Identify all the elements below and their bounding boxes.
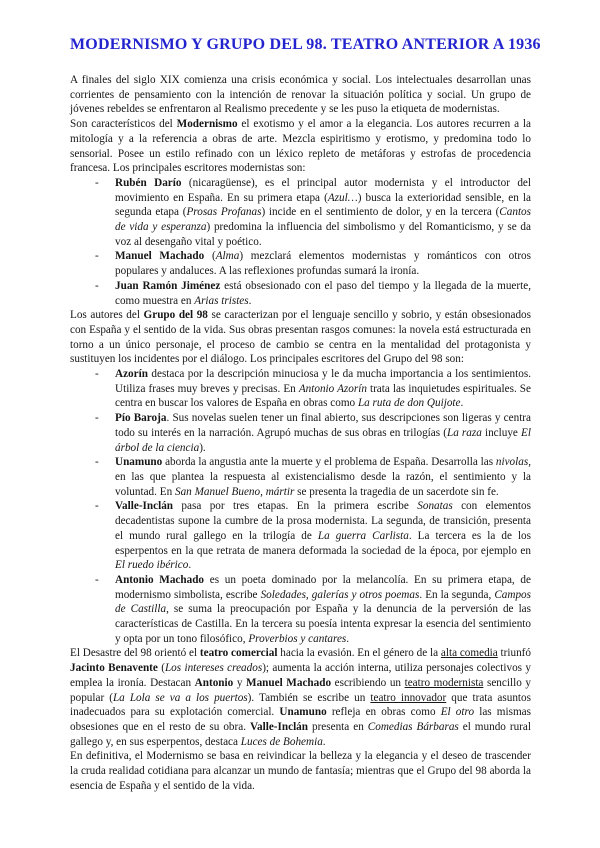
list-item: -Rubén Darío (nicaragüense), es el princ…: [70, 176, 531, 250]
text-run: teatro innovador: [370, 692, 446, 704]
list-item-text: Manuel Machado (Alma) mezclará elementos…: [115, 249, 531, 278]
text-run: Modernismo: [177, 118, 238, 130]
text-run: Manuel Machado: [115, 250, 204, 262]
text-run: Antonio Azorín: [299, 383, 367, 395]
text-run: Antonio Machado: [115, 574, 204, 586]
list-item-text: Pío Baroja. Sus novelas suelen tener un …: [115, 411, 531, 455]
text-run: En definitiva, el Modernismo se basa en …: [70, 750, 531, 791]
text-run: .: [249, 295, 252, 307]
text-run: El ruedo ibérico: [115, 559, 188, 571]
text-run: Grupo del 98: [144, 309, 208, 321]
text-run: .: [188, 559, 191, 571]
text-run: y: [233, 677, 246, 689]
text-run: refleja en obras como: [327, 706, 441, 718]
text-run: Alma: [216, 250, 240, 262]
text-run: Valle-Inclán: [250, 721, 308, 733]
text-run: La raza: [447, 427, 482, 439]
bullet-dash: -: [95, 367, 115, 411]
list-item: -Pío Baroja. Sus novelas suelen tener un…: [70, 411, 531, 455]
list-item: -Juan Ramón Jiménez está obsesionado con…: [70, 279, 531, 308]
bullet-dash: -: [95, 573, 115, 647]
text-run: San Manuel Bueno, mártir: [175, 486, 294, 498]
list-item: -Azorín destaca por la descripción minuc…: [70, 367, 531, 411]
paragraph: El Desastre del 98 orientó el teatro com…: [70, 646, 531, 749]
text-run: .: [323, 736, 326, 748]
text-run: Arias tristes: [194, 295, 248, 307]
list-item-text: Azorín destaca por la descripción minuci…: [115, 367, 531, 411]
paragraph: En definitiva, el Modernismo se basa en …: [70, 749, 531, 793]
text-run: ).: [199, 442, 206, 454]
list-item: -Unamuno aborda la angustia ante la muer…: [70, 455, 531, 499]
list-item-text: Valle-Inclán pasa por tres etapas. En la…: [115, 499, 531, 573]
text-run: Juan Ramón Jiménez: [115, 280, 220, 292]
paragraph: Los autores del Grupo del 98 se caracter…: [70, 308, 531, 367]
text-run: pasa por tres etapas. En la primera escr…: [173, 500, 417, 512]
paragraph: A finales del siglo XIX comienza una cri…: [70, 73, 531, 117]
bullet-dash: -: [95, 279, 115, 308]
document-page: MODERNISMO Y GRUPO DEL 98. TEATRO ANTERI…: [0, 0, 600, 848]
list-item-text: Rubén Darío (nicaragüense), es el princi…: [115, 176, 531, 250]
text-run: Pío Baroja: [115, 412, 166, 424]
text-run: ). También se escribe un: [248, 692, 371, 704]
text-run: El otro: [441, 706, 474, 718]
text-run: Azorín: [115, 368, 148, 380]
list-item-text: Juan Ramón Jiménez está obsesionado con …: [115, 279, 531, 308]
text-run: .: [461, 397, 464, 409]
text-run: Unamuno: [279, 706, 326, 718]
text-run: Manuel Machado: [246, 677, 331, 689]
text-run: .: [346, 633, 349, 645]
text-run: El Desastre del 98 orientó el: [70, 647, 200, 659]
text-run: (: [158, 662, 165, 674]
text-run: hacia la evasión. En el género de la: [277, 647, 440, 659]
text-run: Proverbios y cantares: [248, 633, 346, 645]
document-title: MODERNISMO Y GRUPO DEL 98. TEATRO ANTERI…: [70, 36, 531, 54]
text-run: nivolas: [496, 456, 528, 468]
text-run: Soledades, galerías y otros poemas: [261, 589, 420, 601]
list-item: -Manuel Machado (Alma) mezclará elemento…: [70, 249, 531, 278]
text-run: Unamuno: [115, 456, 162, 468]
text-run: escribiendo un: [331, 677, 405, 689]
paragraph: Son característicos del Modernismo el ex…: [70, 117, 531, 176]
text-run: ) incide en el sentimiento de dolor, y e…: [261, 206, 499, 218]
list-item-text: Antonio Machado es un poeta dominado por…: [115, 573, 531, 647]
text-run: Comedias Bárbaras: [368, 721, 459, 733]
bullet-dash: -: [95, 249, 115, 278]
text-run: se presenta la tragedia de un sacerdote …: [294, 486, 498, 498]
bullet-dash: -: [95, 499, 115, 573]
text-run: A finales del siglo XIX comienza una cri…: [70, 74, 531, 115]
text-run: alta comedia: [441, 647, 498, 659]
text-run: aborda la angustia ante la muerte y el p…: [162, 456, 496, 468]
text-run: Rubén Darío: [115, 177, 181, 189]
text-run: (: [204, 250, 216, 262]
text-run: incluye: [482, 427, 521, 439]
text-run: Jacinto Benavente: [70, 662, 158, 674]
list-item: -Antonio Machado es un poeta dominado po…: [70, 573, 531, 647]
text-run: Los autores del: [70, 309, 144, 321]
text-run: Azul…: [328, 192, 358, 204]
list-item-text: Unamuno aborda la angustia ante la muert…: [115, 455, 531, 499]
bullet-dash: -: [95, 411, 115, 455]
text-run: teatro comercial: [200, 647, 278, 659]
text-run: La ruta de don Quijote: [358, 397, 461, 409]
text-run: Luces de Bohemia: [241, 736, 323, 748]
text-run: triunfó: [498, 647, 531, 659]
text-run: Antonio: [195, 677, 234, 689]
text-run: presenta en: [308, 721, 368, 733]
text-run: Sonatas: [417, 500, 452, 512]
text-run: La Lola se va a los puertos: [113, 692, 248, 704]
text-run: teatro modernista: [405, 677, 484, 689]
text-run: . En la segunda,: [419, 589, 494, 601]
text-run: La guerra Carlista: [318, 530, 409, 542]
text-run: Prosas Profanas: [186, 206, 261, 218]
document-body: A finales del siglo XIX comienza una cri…: [70, 73, 531, 793]
text-run: Son característicos del: [70, 118, 177, 130]
list-item: -Valle-Inclán pasa por tres etapas. En l…: [70, 499, 531, 573]
bullet-dash: -: [95, 455, 115, 499]
text-run: Los intereses creados: [165, 662, 262, 674]
text-run: Valle-Inclán: [115, 500, 173, 512]
bullet-dash: -: [95, 176, 115, 250]
